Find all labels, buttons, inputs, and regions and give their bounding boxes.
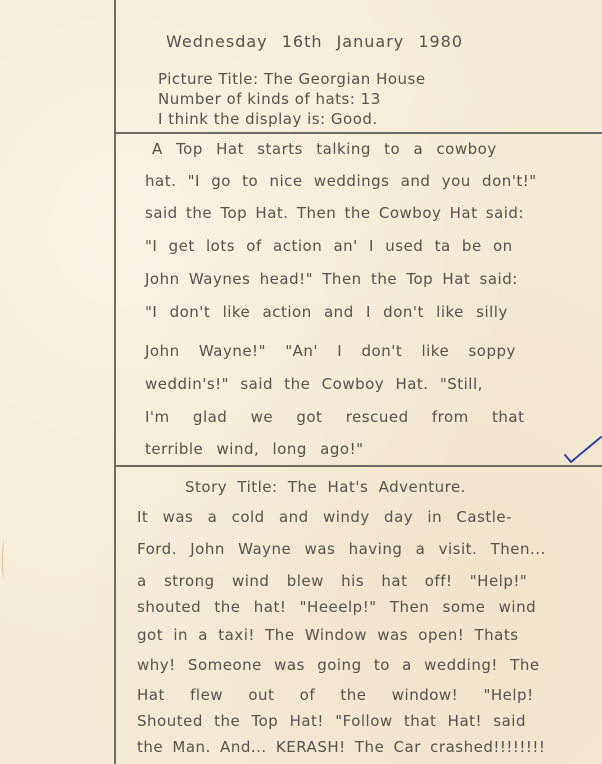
display-opinion: I think the display is: Good. <box>158 110 378 128</box>
dialogue-line: A Top Hat starts talking to a cowboy <box>152 140 497 158</box>
story-line: Shouted the Top Hat! "Follow that Hat! s… <box>137 712 526 730</box>
dialogue-line: "I get lots of action an' I used ta be o… <box>145 237 513 255</box>
margin-rule <box>114 0 116 764</box>
paper-stain <box>2 540 9 580</box>
story-line: the Man. And... KERASH! The Car crashed!… <box>137 738 545 756</box>
story-line: Ford. John Wayne was having a visit. The… <box>137 540 546 558</box>
dialogue-line: John Waynes head!" Then the Top Hat said… <box>145 270 518 288</box>
checkmark-icon <box>563 435 602 465</box>
dialogue-line: weddin's!" said the Cowboy Hat. "Still, <box>145 375 483 393</box>
hat-count: Number of kinds of hats: 13 <box>158 90 381 108</box>
story-line: It was a cold and windy day in Castle- <box>137 508 512 526</box>
date-line: Wednesday 16th January 1980 <box>166 32 463 51</box>
dialogue-line: John Wayne!" "An' I don't like soppy <box>145 342 516 360</box>
dialogue-line: said the Top Hat. Then the Cowboy Hat sa… <box>145 204 524 222</box>
dialogue-line: I'm glad we got rescued from that <box>145 408 525 426</box>
story-line: why! Someone was going to a wedding! The <box>137 656 540 674</box>
story-title: Story Title: The Hat's Adventure. <box>185 478 466 496</box>
section-divider-2 <box>114 465 602 467</box>
dialogue-line: "I don't like action and I don't like si… <box>145 303 508 321</box>
dialogue-line: hat. "I go to nice weddings and you don'… <box>145 172 537 190</box>
story-line: Hat flew out of the window! "Help! <box>137 686 534 704</box>
dialogue-line: terrible wind, long ago!" <box>145 440 363 458</box>
picture-title: Picture Title: The Georgian House <box>158 70 426 88</box>
section-divider-1 <box>114 132 602 134</box>
story-line: a strong wind blew his hat off! "Help!" <box>137 572 527 590</box>
story-line: shouted the hat! "Heeelp!" Then some win… <box>137 598 536 616</box>
story-line: got in a taxi! The Window was open! That… <box>137 626 519 644</box>
